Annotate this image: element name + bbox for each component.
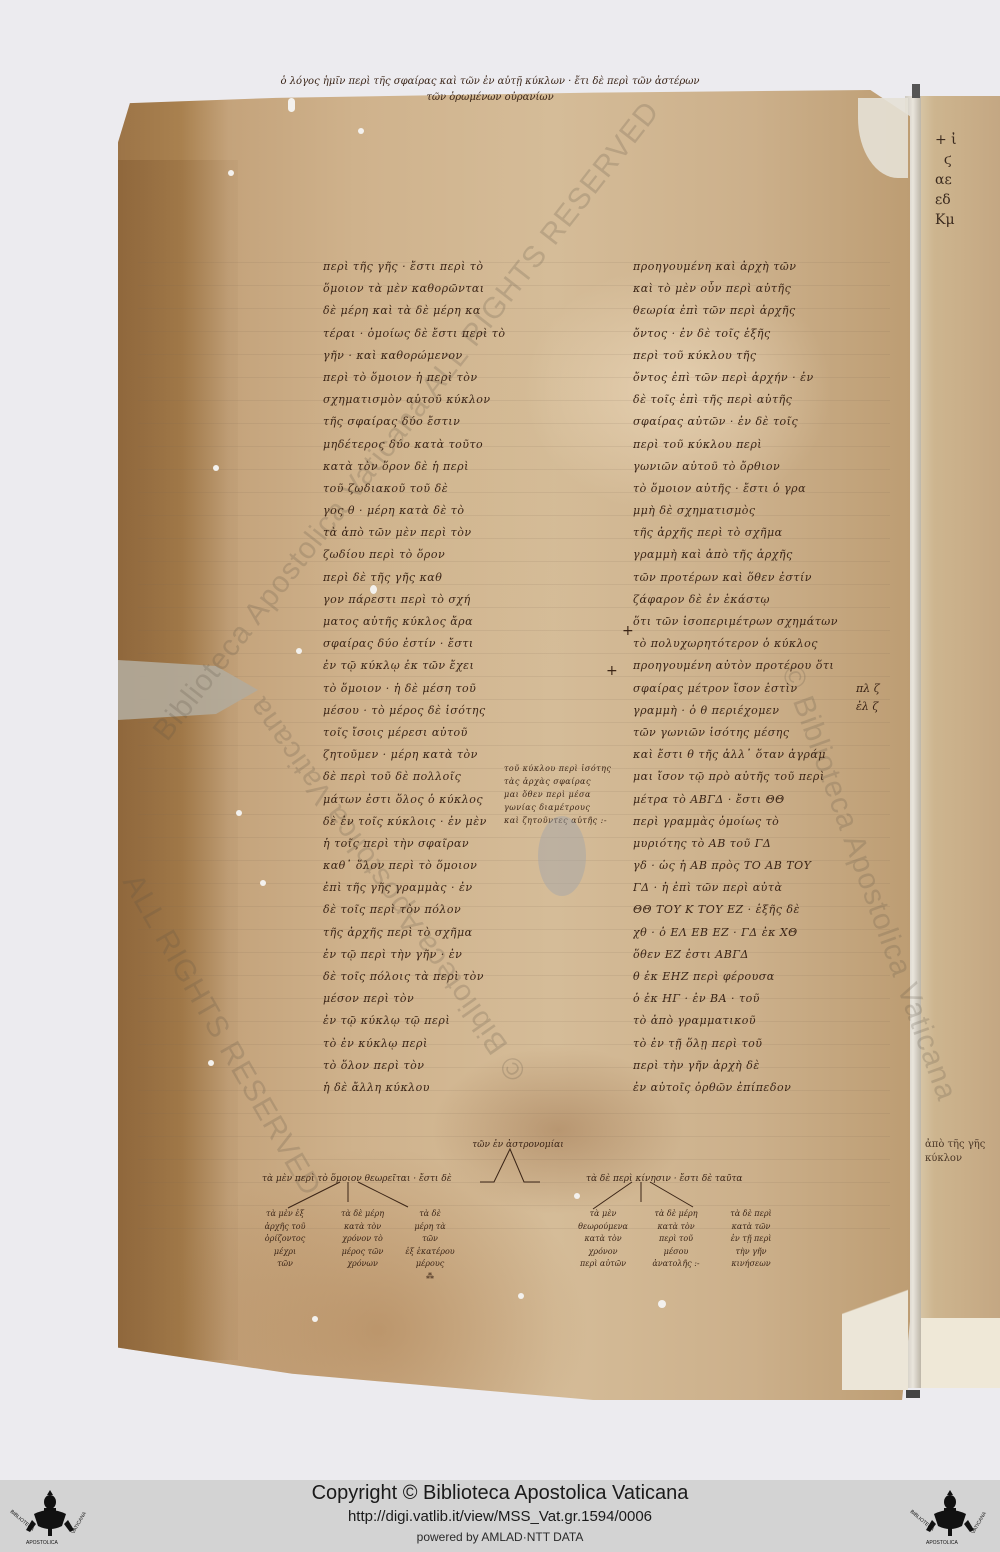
copyright-footer: BIBLIOTECA APOSTOLICA VATICANA Copyright… (0, 1480, 1000, 1552)
diagram-leaf: τὰ δὲ μέρη τὰ τῶν ἐξ ἑκατέρου μέρους ⁂ (400, 1208, 460, 1283)
facing-page-note-lower: ἀπὸ τῆς γῆς κύκλον (925, 1138, 985, 1166)
diagram-leaf: τὰ δὲ μέρη κατὰ τὸν χρόνον τὸ μέρος τῶν … (325, 1208, 400, 1271)
facing-page-bottom-margin (918, 1318, 1000, 1388)
manuscript-viewport[interactable]: + ἰ ϛ αε εδ Κμ ἀπὸ τῆς γῆς κύκλον Biblio… (0, 0, 1000, 1480)
diagram-connectors (118, 90, 910, 1400)
diagram-leaf: τὰ δὲ περὶ κατὰ τῶν ἐν τῇ περὶ τὴν γῆν κ… (718, 1208, 784, 1271)
manuscript-url[interactable]: http://digi.vatlib.it/view/MSS_Vat.gr.15… (250, 1508, 750, 1525)
svg-text:APOSTOLICA: APOSTOLICA (926, 1540, 959, 1546)
svg-text:APOSTOLICA: APOSTOLICA (26, 1540, 59, 1546)
diagram-leaf: τὰ δὲ μέρη κατὰ τὸν περὶ τοῦ μέσου ἀνατο… (640, 1208, 712, 1271)
binding-clip-top (912, 84, 920, 98)
powered-by: powered by AMLAD·NTT DATA (250, 1530, 750, 1544)
header-line-1: ὁ λόγος ἡμῖν περὶ τῆς σφαίρας καὶ τῶν ἐν… (200, 74, 780, 90)
diagram-leaf: τὰ μὲν θεωρούμενα κατὰ τὸν χρόνον περὶ α… (570, 1208, 636, 1271)
facing-page (918, 96, 1000, 1318)
vatican-library-logo: BIBLIOTECA APOSTOLICA VATICANA (904, 1484, 996, 1548)
vatican-library-logo: BIBLIOTECA APOSTOLICA VATICANA (4, 1484, 96, 1548)
diagram-leaf: τὰ μὲν ἐξ ἀρχῆς τοῦ ὁρίζοντος μέχρι τῶν (250, 1208, 320, 1271)
facing-page-notes: + ἰ ϛ αε εδ Κμ (935, 130, 957, 230)
svg-text:VATICANA: VATICANA (71, 1510, 89, 1535)
copyright-title: Copyright © Biblioteca Apostolica Vatica… (250, 1482, 750, 1505)
svg-text:VATICANA: VATICANA (971, 1510, 989, 1535)
